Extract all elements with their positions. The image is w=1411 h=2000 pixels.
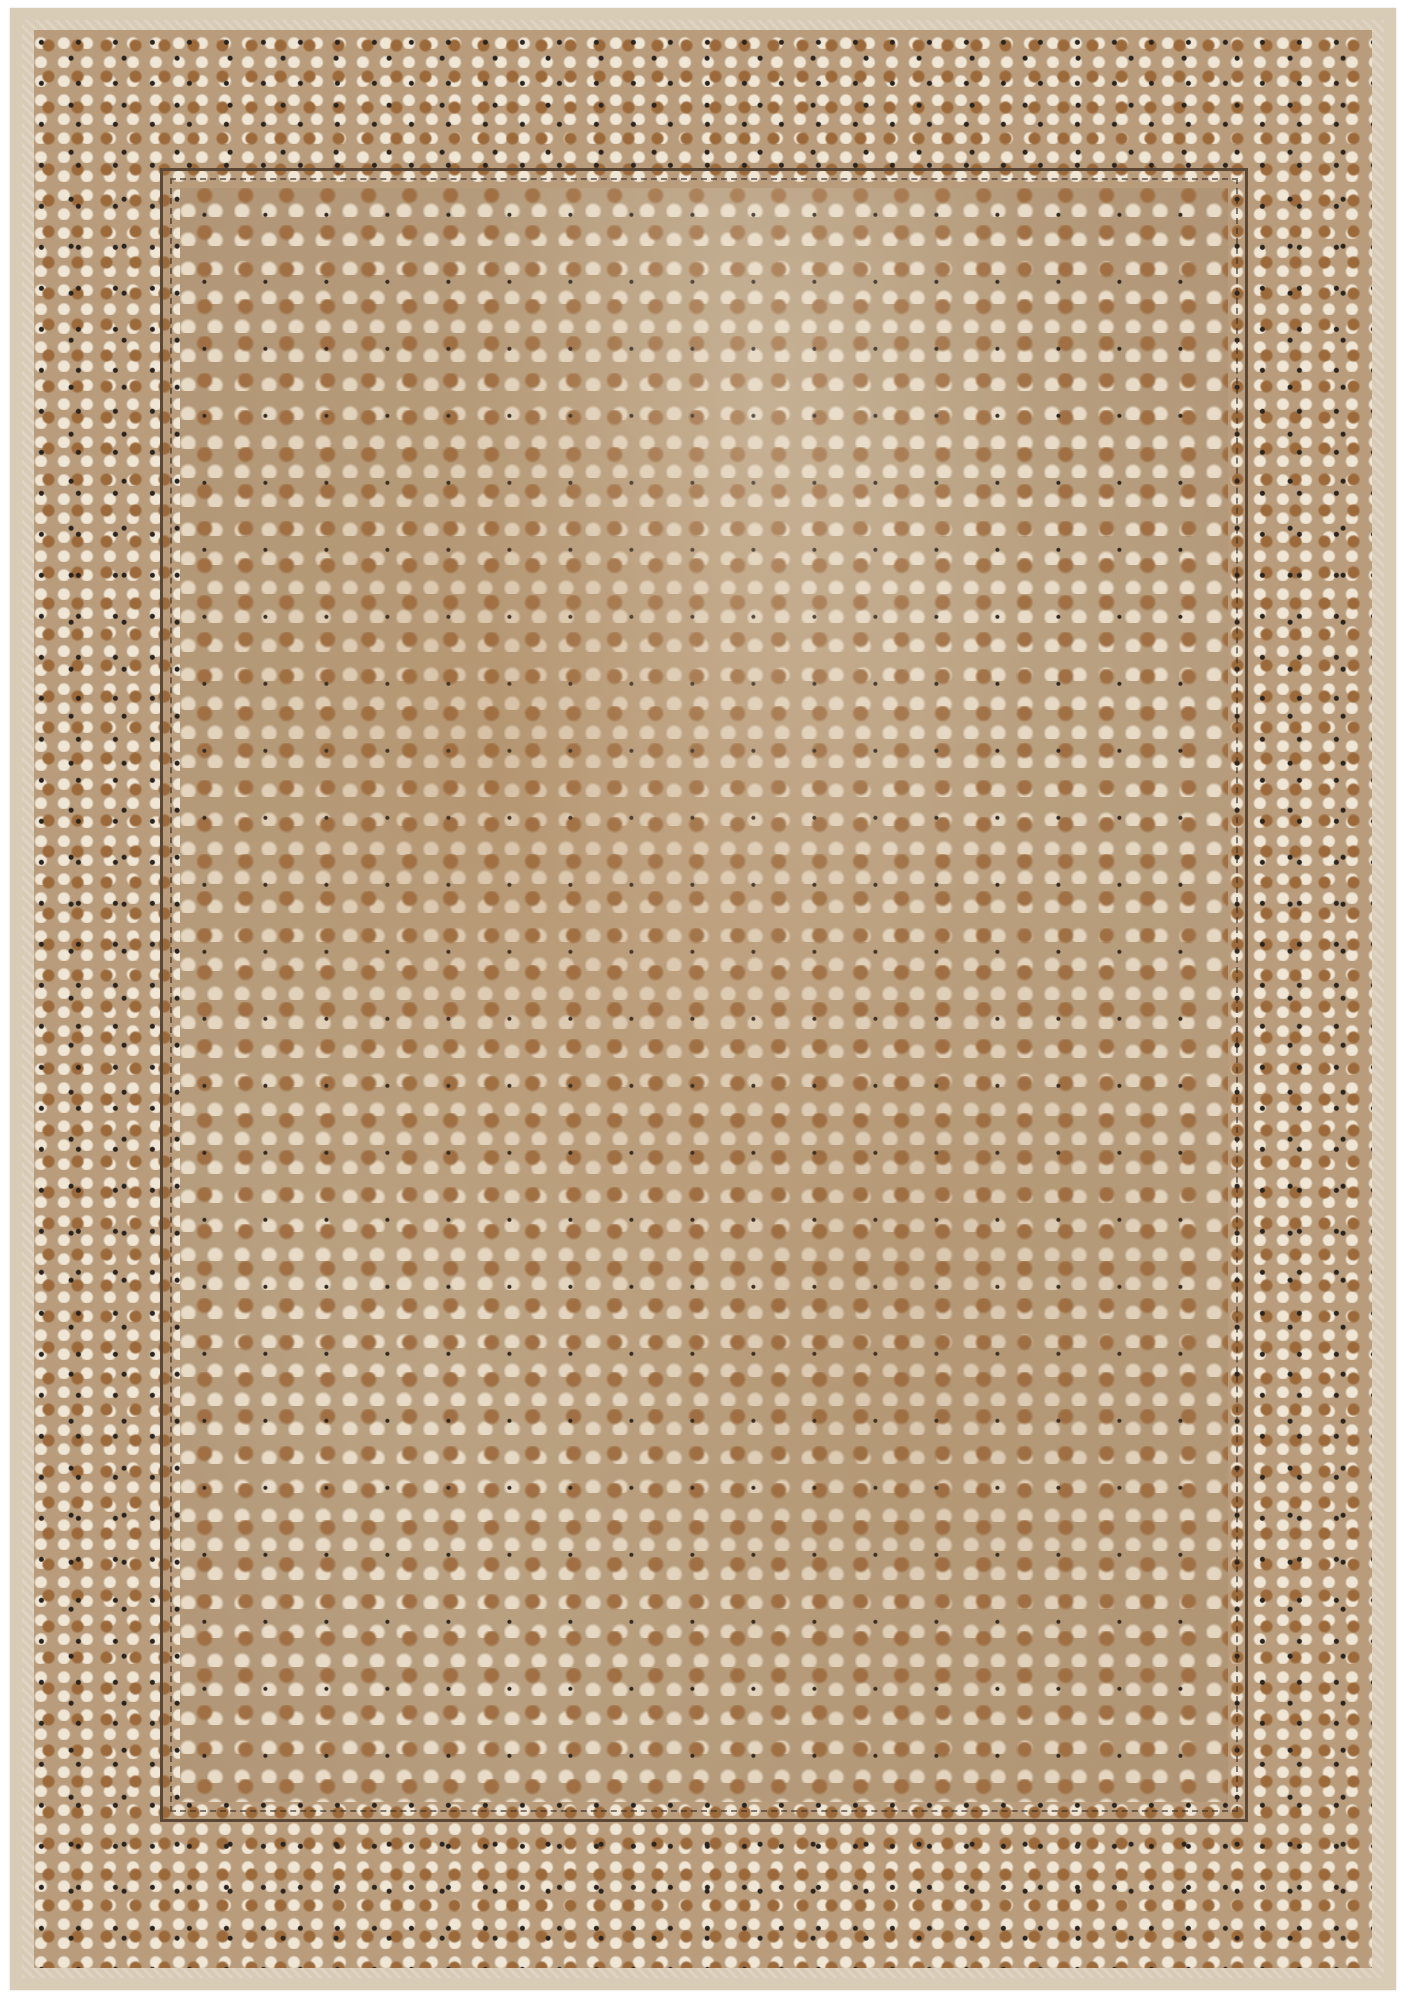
rug <box>10 8 1396 1990</box>
rug-field-shading <box>180 188 1228 1802</box>
